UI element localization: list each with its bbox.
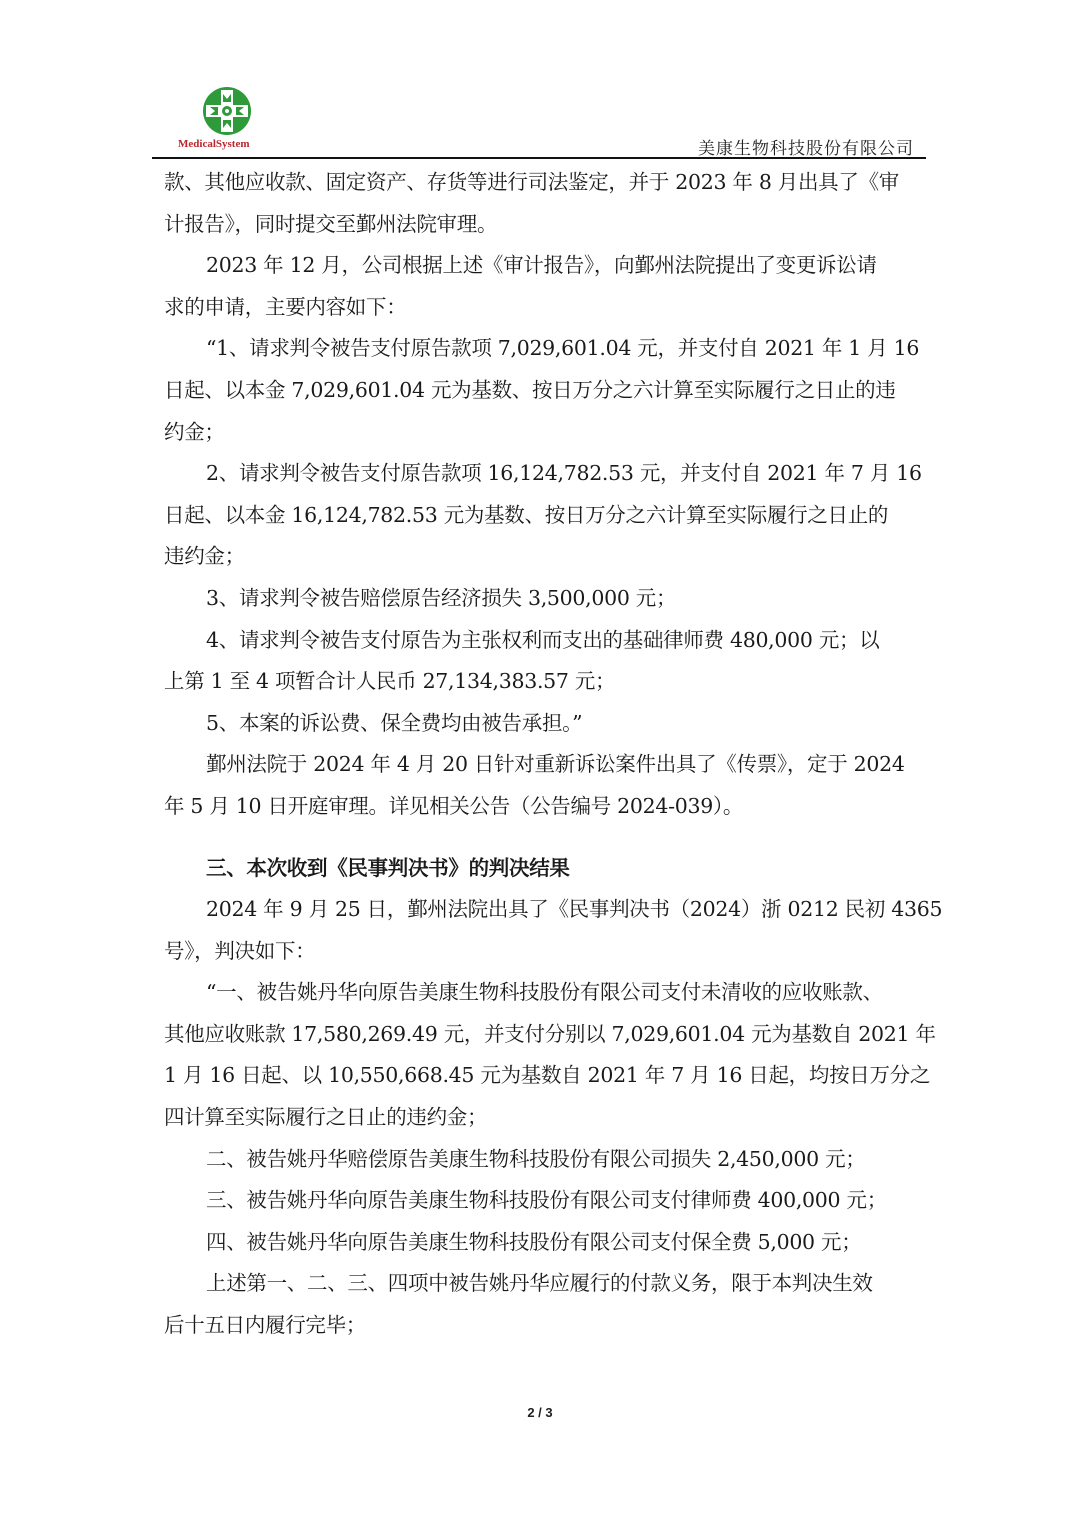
judgment-item-1: “一、被告姚丹华向原告美康生物科技股份有限公司支付未清收的应收账款、 — [164, 972, 916, 1014]
company-name: 美康生物科技股份有限公司 — [698, 134, 914, 159]
claim-item-5: 5、本案的诉讼费、保全费均由被告承担。” — [164, 703, 916, 745]
page-indicator: 2 / 3 — [0, 1405, 1080, 1420]
text-line: 其他应收账款 17,580,269.49 元，并支付分别以 7,029,601.… — [164, 1014, 916, 1056]
section-heading: 三、本次收到《民事判决书》的判决结果 — [164, 848, 916, 890]
text-line: 约金； — [164, 412, 916, 454]
judgment-item-3: 三、被告姚丹华向原告美康生物科技股份有限公司支付律师费 400,000 元； — [164, 1180, 916, 1222]
text-line: 号》，判决如下： — [164, 931, 916, 973]
text-line: 1 月 16 日起、以 10,550,668.45 元为基数自 2021 年 7… — [164, 1055, 916, 1097]
text-line: 2024 年 9 月 25 日，鄞州法院出具了《民事判决书（2024）浙 021… — [164, 889, 916, 931]
logo-text: MedicalSystem — [178, 138, 249, 150]
text-line: 2023 年 12 月，公司根据上述《审计报告》，向鄞州法院提出了变更诉讼请 — [164, 245, 916, 287]
judgment-item-2: 二、被告姚丹华赔偿原告美康生物科技股份有限公司损失 2,450,000 元； — [164, 1139, 916, 1181]
page-header: MedicalSystem 美康生物科技股份有限公司 — [152, 82, 926, 158]
claim-item-2: 2、请求判令被告支付原告款项 16,124,782.53 元，并支付自 2021… — [164, 453, 916, 495]
claim-item-1: “1、请求判令被告支付原告款项 7,029,601.04 元，并支付自 2021… — [164, 328, 916, 370]
text-line: 上第 1 至 4 项暂合计人民币 27,134,383.57 元； — [164, 661, 916, 703]
text-line: 违约金； — [164, 536, 916, 578]
text-line: 求的申请，主要内容如下： — [164, 287, 916, 329]
text-line: 日起、以本金 16,124,782.53 元为基数、按日万分之六计算至实际履行之… — [164, 495, 916, 537]
claim-item-3: 3、请求判令被告赔偿原告经济损失 3,500,000 元； — [164, 578, 916, 620]
text-line: 后十五日内履行完毕； — [164, 1305, 916, 1347]
text-line: 计报告》，同时提交至鄞州法院审理。 — [164, 204, 916, 246]
text-line: 年 5 月 10 日开庭审理。详见相关公告（公告编号 2024-039）。 — [164, 786, 916, 828]
medicalsystem-logo-icon — [202, 86, 252, 136]
text-line: 上述第一、二、三、四项中被告姚丹华应履行的付款义务，限于本判决生效 — [164, 1263, 916, 1305]
header-divider — [152, 157, 926, 159]
text-line: 款、其他应收款、固定资产、存货等进行司法鉴定，并于 2023 年 8 月出具了《… — [164, 162, 916, 204]
text-line: 日起、以本金 7,029,601.04 元为基数、按日万分之六计算至实际履行之日… — [164, 370, 916, 412]
document-body: 款、其他应收款、固定资产、存货等进行司法鉴定，并于 2023 年 8 月出具了《… — [164, 162, 916, 1347]
text-line: 四计算至实际履行之日止的违约金； — [164, 1097, 916, 1139]
judgment-item-4: 四、被告姚丹华向原告美康生物科技股份有限公司支付保全费 5,000 元； — [164, 1222, 916, 1264]
text-line: 鄞州法院于 2024 年 4 月 20 日针对重新诉讼案件出具了《传票》，定于 … — [164, 744, 916, 786]
claim-item-4: 4、请求判令被告支付原告为主张权利而支出的基础律师费 480,000 元；以 — [164, 620, 916, 662]
